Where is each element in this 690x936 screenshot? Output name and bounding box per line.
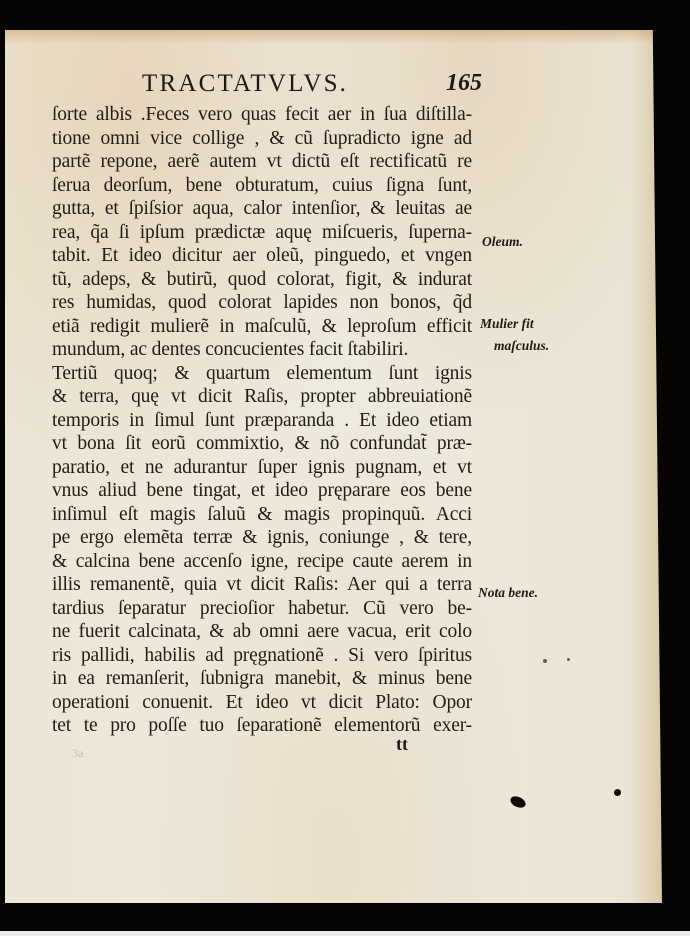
text-line: tardius ſeparatur precioſior habetur. Cũ… xyxy=(52,597,472,621)
margin-note-nota-bene: Nota bene. xyxy=(478,582,538,604)
text-line: gutta, et ſpiſsior aqua, calor intenſior… xyxy=(52,197,472,221)
text-line: tione omni vice collige , & cũ ſupradict… xyxy=(52,127,472,151)
text-line: temporis in ſimul ſunt præparanda . Et i… xyxy=(52,409,472,433)
text-line: res humidas, quod colorat lapides non bo… xyxy=(52,291,472,315)
text-line: rea, q̃a ſi ipſum prædictæ aquę miſcueri… xyxy=(52,221,472,245)
text-line: in ea remanſerit, ſubnigra manebit, & mi… xyxy=(52,667,472,691)
text-line: mundum, ac dentes concucientes facit ſta… xyxy=(52,338,472,362)
text-line: Tertiũ quoq; & quartum elementum ſunt ig… xyxy=(52,362,472,386)
main-text-block: ſorte albis .Feces vero quas fecit aer i… xyxy=(52,103,472,738)
text-line: ris pallidi, habilis ad pręgnationẽ . Si… xyxy=(52,644,472,668)
text-line: tũ, adeps, & butirũ, quod colorat, figit… xyxy=(52,268,472,292)
text-line: illis remanentẽ, quia vt dicit Raſis: Ae… xyxy=(52,573,472,597)
paper-speck xyxy=(543,659,547,663)
text-line: paratio, et ne adurantur ſuper ignis pug… xyxy=(52,456,472,480)
margin-note-oleum: Oleum. xyxy=(482,231,523,253)
text-line: operationi conuenit. Et ideo vt dicit Pl… xyxy=(52,691,472,715)
text-line: vnus aliud bene tingat, et ideo pręparar… xyxy=(52,479,472,503)
text-line: ne fuerit calcinata, & ab omni aere vacu… xyxy=(52,620,472,644)
text-line: pe ergo elemẽta terræ & ignis, coniunge … xyxy=(52,526,472,550)
paper-speck xyxy=(567,658,570,661)
margin-note-masculus: maſculus. xyxy=(494,335,549,357)
text-line: partẽ repone, aerẽ autem vt dictũ eſt re… xyxy=(52,150,472,174)
page-foxing xyxy=(5,30,662,44)
text-line: ſerua deorſum, bene obturatum, cuius ſig… xyxy=(52,174,472,198)
text-line: & calcina bene accenſo igne, recipe caut… xyxy=(52,550,472,574)
ink-dot xyxy=(614,789,621,796)
text-line: ſorte albis .Feces vero quas fecit aer i… xyxy=(52,103,472,127)
faint-show-through-mark: 3a xyxy=(72,746,83,761)
margin-note-mulier: Mulier fit xyxy=(480,313,534,335)
text-line: vt bona ſit eorũ commixtio, & nõ confund… xyxy=(52,432,472,456)
text-line: tabit. Et ideo dicitur aer oleũ, pingued… xyxy=(52,244,472,268)
running-head: TRACTATVLVS. xyxy=(142,70,348,98)
text-line: etiã redigit mulierẽ in maſculũ, & lepro… xyxy=(52,315,472,339)
text-line: inſimul eſt magis ſaluũ & magis propinqu… xyxy=(52,503,472,527)
scan-border-strip xyxy=(0,931,690,936)
folio-number: 165 xyxy=(446,70,482,97)
catchword: tt xyxy=(396,734,408,755)
text-line: & terra, quę vt dicit Raſis, propter abb… xyxy=(52,385,472,409)
text-line: tet te pro poſſe tuo ſeparationẽ element… xyxy=(52,714,472,738)
